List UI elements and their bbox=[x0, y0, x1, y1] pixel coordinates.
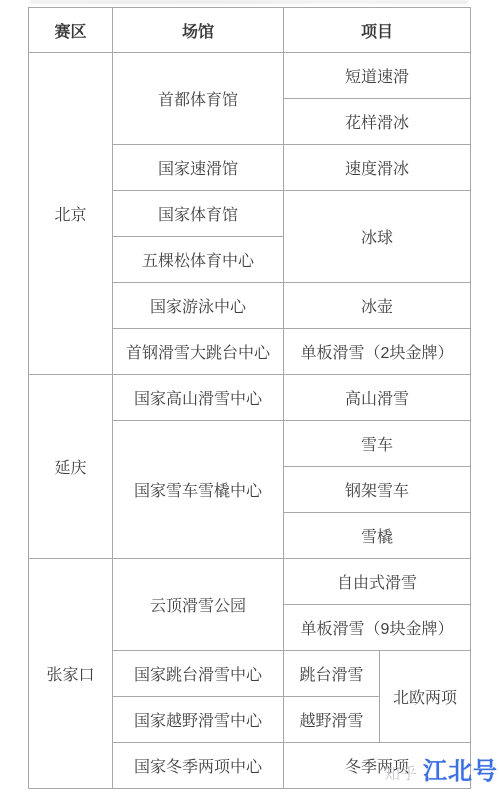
cell-event-short-track-speed-skating: 短道速滑 bbox=[284, 53, 471, 99]
cell-zone-yanqing: 延庆 bbox=[29, 375, 113, 559]
cell-venue-capital-indoor-stadium: 首都体育馆 bbox=[113, 53, 284, 145]
col-header-event: 项目 bbox=[284, 8, 471, 53]
table-row: 北京 首都体育馆 短道速滑 bbox=[29, 53, 471, 99]
cell-event-ski-jumping: 跳台滑雪 bbox=[284, 651, 380, 697]
cell-venue-national-alpine-skiing-centre: 国家高山滑雪中心 bbox=[113, 375, 284, 421]
cell-event-snowboard-9-golds: 单板滑雪（9块金牌） bbox=[284, 605, 471, 651]
cell-venue-national-cross-country-skiing-centre: 国家越野滑雪中心 bbox=[113, 697, 284, 743]
cell-event-ice-hockey: 冰球 bbox=[284, 191, 471, 283]
header-row: 赛区 场馆 项目 bbox=[29, 8, 471, 53]
cell-event-biathlon: 冬季两项 bbox=[284, 743, 471, 789]
col-header-zone: 赛区 bbox=[29, 8, 113, 53]
cell-zone-zhangjiakou: 张家口 bbox=[29, 559, 113, 789]
cell-event-luge: 雪橇 bbox=[284, 513, 471, 559]
cell-venue-national-ski-jumping-centre: 国家跳台滑雪中心 bbox=[113, 651, 284, 697]
cell-zone-beijing: 北京 bbox=[29, 53, 113, 375]
cell-venue-wukesong-sports-centre: 五棵松体育中心 bbox=[113, 237, 284, 283]
cell-event-speed-skating: 速度滑冰 bbox=[284, 145, 471, 191]
cell-venue-national-speed-skating-oval: 国家速滑馆 bbox=[113, 145, 284, 191]
cell-venue-national-aquatics-centre: 国家游泳中心 bbox=[113, 283, 284, 329]
cell-venue-national-biathlon-centre: 国家冬季两项中心 bbox=[113, 743, 284, 789]
table-row: 延庆 国家高山滑雪中心 高山滑雪 bbox=[29, 375, 471, 421]
cell-venue-shougang-big-air: 首钢滑雪大跳台中心 bbox=[113, 329, 284, 375]
cell-event-bobsleigh: 雪车 bbox=[284, 421, 471, 467]
cell-event-alpine-skiing: 高山滑雪 bbox=[284, 375, 471, 421]
olympics-venues-table: 赛区 场馆 项目 北京 首都体育馆 短道速滑 花样滑冰 国家速滑馆 速度滑冰 国… bbox=[28, 7, 471, 789]
cell-event-cross-country-skiing: 越野滑雪 bbox=[284, 697, 380, 743]
cell-venue-national-sliding-centre: 国家雪车雪橇中心 bbox=[113, 421, 284, 559]
cell-event-curling: 冰壶 bbox=[284, 283, 471, 329]
cropped-content-artifact bbox=[30, 0, 468, 4]
cell-event-freestyle-skiing: 自由式滑雪 bbox=[284, 559, 471, 605]
table-row: 张家口 云顶滑雪公园 自由式滑雪 bbox=[29, 559, 471, 605]
col-header-venue: 场馆 bbox=[113, 8, 284, 53]
cell-venue-national-indoor-stadium: 国家体育馆 bbox=[113, 191, 284, 237]
cell-event-snowboard-2-golds: 单板滑雪（2块金牌） bbox=[284, 329, 471, 375]
cell-event-nordic-combined: 北欧两项 bbox=[380, 651, 471, 743]
cell-event-figure-skating: 花样滑冰 bbox=[284, 99, 471, 145]
cell-event-skeleton: 钢架雪车 bbox=[284, 467, 471, 513]
cell-venue-genting-snow-park: 云顶滑雪公园 bbox=[113, 559, 284, 651]
